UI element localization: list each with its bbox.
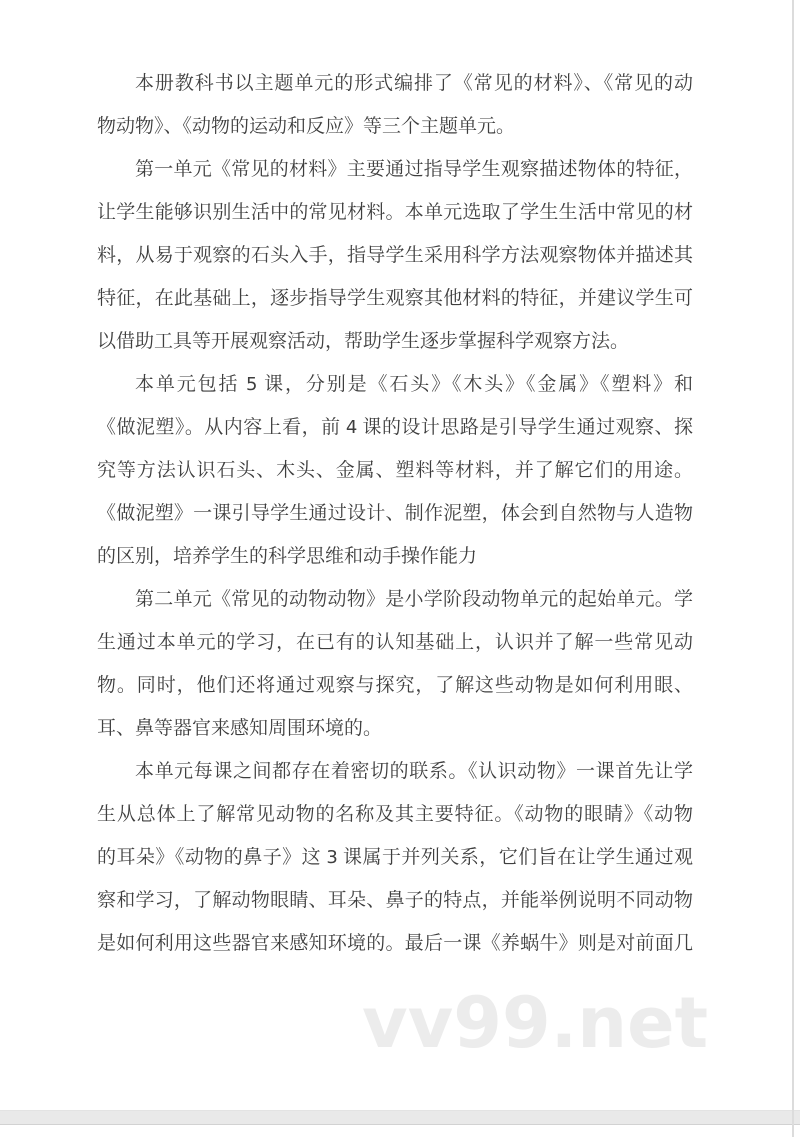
- text-line: 的耳朵》《动物的鼻子》这 3 课属于并列关系，它们旨在让学生通过观: [97, 836, 693, 879]
- inline-number: 5: [246, 374, 257, 395]
- text-line: 本单元每课之间都存在着密切的联系。《认识动物》一课首先让学: [97, 750, 693, 793]
- text-line: 生通过本单元的学习，在已有的认知基础上，认识并了解一些常见动: [97, 621, 693, 664]
- text-line: 究等方法认识石头、木头、金属、塑料等材料，并了解它们的用途。: [97, 449, 693, 492]
- text-line: 第一单元《常见的材料》主要通过指导学生观察描述物体的特征，: [97, 148, 693, 191]
- text-line: 以借助工具等开展观察活动，帮助学生逐步掌握科学观察方法。: [97, 320, 693, 363]
- watermark: vv99.net: [362, 988, 708, 1058]
- text-line: 《做泥塑》。从内容上看，前 4 课的设计思路是引导学生通过观察、探: [97, 406, 693, 449]
- text-line: 特征，在此基础上，逐步指导学生观察其他材料的特征，并建议学生可: [97, 277, 693, 320]
- text-line: 《做泥塑》一课引导学生通过设计、制作泥塑，体会到自然物与人造物: [97, 492, 693, 535]
- text-line: 耳、鼻等器官来感知周围环境的。: [97, 707, 693, 750]
- text-line: 生从总体上了解常见动物的名称及其主要特征。《动物的眼睛》《动物: [97, 793, 693, 836]
- text-line: 让学生能够识别生活中的常见材料。本单元选取了学生生活中常见的材: [97, 191, 693, 234]
- document-text: 本册教科书以主题单元的形式编排了《常见的材料》、《常见的动物动物》、《动物的运动…: [97, 62, 693, 965]
- text-line: 第二单元《常见的动物动物》是小学阶段动物单元的起始单元。学: [97, 578, 693, 621]
- document-page: vv99.net 本册教科书以主题单元的形式编排了《常见的材料》、《常见的动物动…: [0, 0, 800, 1137]
- inline-number: 3: [326, 847, 337, 868]
- page-right-edge: [792, 0, 794, 1137]
- inline-number: 4: [346, 417, 357, 438]
- text-line: 是如何利用这些器官来感知环境的。最后一课《养蜗牛》则是对前面几: [97, 922, 693, 965]
- page-separator: [0, 1110, 800, 1125]
- text-line: 的区别，培养学生的科学思维和动手操作能力: [97, 535, 693, 578]
- text-line: 物动物》、《动物的运动和反应》等三个主题单元。: [97, 105, 693, 148]
- text-line: 物。同时，他们还将通过观察与探究，了解这些动物是如何利用眼、: [97, 664, 693, 707]
- text-line: 本册教科书以主题单元的形式编排了《常见的材料》、《常见的动: [97, 62, 693, 105]
- text-line: 察和学习，了解动物眼睛、耳朵、鼻子的特点，并能举例说明不同动物: [97, 879, 693, 922]
- text-line: 本单元包括 5 课，分别是《石头》《木头》《金属》《塑料》和: [97, 363, 693, 406]
- text-line: 料，从易于观察的石头入手，指导学生采用科学方法观察物体并描述其: [97, 234, 693, 277]
- next-page-top: [0, 1125, 800, 1137]
